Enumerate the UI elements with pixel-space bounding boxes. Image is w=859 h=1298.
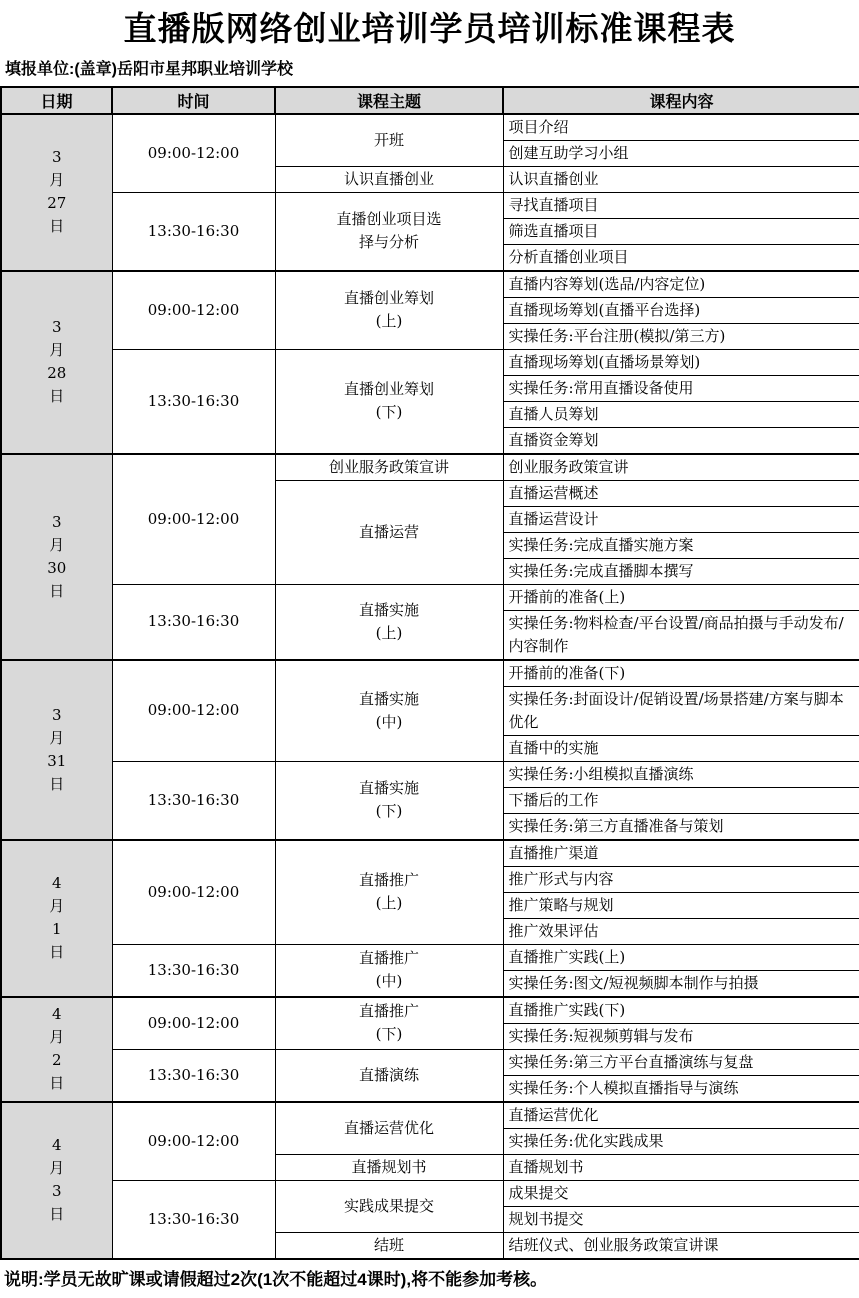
content-cell: 直播现场筹划(直播平台选择) — [503, 297, 859, 323]
topic-cell: 直播推广 (下) — [275, 997, 503, 1050]
header-time: 时间 — [112, 87, 275, 114]
content-cell: 直播人员筹划 — [503, 401, 859, 427]
content-cell: 项目介绍 — [503, 114, 859, 141]
content-cell: 实操任务:小组模拟直播演练 — [503, 761, 859, 787]
content-cell: 寻找直播项目 — [503, 192, 859, 218]
date-cell: 4 月 2 日 — [1, 997, 112, 1102]
table-row: 13:30-16:30直播实施 (下)实操任务:小组模拟直播演练 — [1, 761, 859, 787]
topic-cell: 直播运营优化 — [275, 1102, 503, 1155]
time-cell: 09:00-12:00 — [112, 1102, 275, 1181]
time-cell: 09:00-12:00 — [112, 997, 275, 1050]
table-row: 13:30-16:30实践成果提交成果提交 — [1, 1180, 859, 1206]
content-cell: 实操任务:短视频剪辑与发布 — [503, 1023, 859, 1049]
time-cell: 13:30-16:30 — [112, 944, 275, 997]
content-cell: 实操任务:完成直播实施方案 — [503, 532, 859, 558]
time-cell: 09:00-12:00 — [112, 114, 275, 193]
topic-cell: 直播实施 (上) — [275, 584, 503, 660]
content-cell: 实操任务:个人模拟直播指导与演练 — [503, 1075, 859, 1102]
time-cell: 13:30-16:30 — [112, 192, 275, 271]
table-row: 4 月 1 日09:00-12:00直播推广 (上)直播推广渠道 — [1, 840, 859, 867]
date-cell: 3 月 28 日 — [1, 271, 112, 454]
content-cell: 直播现场筹划(直播场景筹划) — [503, 349, 859, 375]
content-cell: 推广策略与规划 — [503, 892, 859, 918]
time-cell: 09:00-12:00 — [112, 271, 275, 350]
content-cell: 认识直播创业 — [503, 166, 859, 192]
date-cell: 3 月 31 日 — [1, 660, 112, 840]
content-cell: 开播前的准备(上) — [503, 584, 859, 610]
schedule-body: 3 月 27 日09:00-12:00开班项目介绍创建互助学习小组认识直播创业认… — [1, 114, 859, 1259]
content-cell: 实操任务:物料检查/平台设置/商品拍摄与手动发布/内容制作 — [503, 610, 859, 660]
topic-cell: 直播创业筹划 (下) — [275, 349, 503, 454]
table-row: 4 月 2 日09:00-12:00直播推广 (下)直播推广实践(下) — [1, 997, 859, 1024]
header-content: 课程内容 — [503, 87, 859, 114]
schedule-table: 日期 时间 课程主题 课程内容 3 月 27 日09:00-12:00开班项目介… — [0, 86, 859, 1260]
filing-unit-line: 填报单位:(盖章)岳阳市星邦职业培训学校 — [0, 54, 859, 86]
content-cell: 直播推广渠道 — [503, 840, 859, 867]
content-cell: 直播推广实践(上) — [503, 944, 859, 970]
topic-cell: 直播推广 (上) — [275, 840, 503, 945]
content-cell: 直播运营概述 — [503, 480, 859, 506]
header-date: 日期 — [1, 87, 112, 114]
topic-cell: 开班 — [275, 114, 503, 167]
content-cell: 直播规划书 — [503, 1154, 859, 1180]
header-topic: 课程主题 — [275, 87, 503, 114]
time-cell: 13:30-16:30 — [112, 1180, 275, 1259]
date-cell: 4 月 1 日 — [1, 840, 112, 997]
content-cell: 直播中的实施 — [503, 735, 859, 761]
topic-cell: 直播规划书 — [275, 1154, 503, 1180]
content-cell: 成果提交 — [503, 1180, 859, 1206]
content-cell: 下播后的工作 — [503, 787, 859, 813]
table-row: 13:30-16:30直播推广 (中)直播推广实践(上) — [1, 944, 859, 970]
table-row: 4 月 3 日09:00-12:00直播运营优化直播运营优化 — [1, 1102, 859, 1129]
table-row: 13:30-16:30直播创业项目选 择与分析寻找直播项目 — [1, 192, 859, 218]
content-cell: 实操任务:常用直播设备使用 — [503, 375, 859, 401]
table-row: 3 月 30 日09:00-12:00创业服务政策宣讲创业服务政策宣讲 — [1, 454, 859, 481]
topic-cell: 结班 — [275, 1232, 503, 1259]
content-cell: 直播运营设计 — [503, 506, 859, 532]
topic-cell: 直播创业项目选 择与分析 — [275, 192, 503, 271]
content-cell: 实操任务:封面设计/促销设置/场景搭建/方案与脚本优化 — [503, 686, 859, 735]
topic-cell: 认识直播创业 — [275, 166, 503, 192]
content-cell: 开播前的准备(下) — [503, 660, 859, 687]
footer-note: 说明:学员无故旷课或请假超过2次(1次不能超过4课时),将不能参加考核。 — [0, 1260, 859, 1298]
content-cell: 实操任务:第三方平台直播演练与复盘 — [503, 1049, 859, 1075]
time-cell: 13:30-16:30 — [112, 584, 275, 660]
table-row: 13:30-16:30直播实施 (上)开播前的准备(上) — [1, 584, 859, 610]
topic-cell: 直播运营 — [275, 480, 503, 584]
content-cell: 直播内容筹划(选品/内容定位) — [503, 271, 859, 298]
content-cell: 推广效果评估 — [503, 918, 859, 944]
content-cell: 实操任务:完成直播脚本撰写 — [503, 558, 859, 584]
page-title: 直播版网络创业培训学员培训标准课程表 — [0, 0, 859, 54]
content-cell: 结班仪式、创业服务政策宣讲课 — [503, 1232, 859, 1259]
content-cell: 分析直播创业项目 — [503, 244, 859, 271]
topic-cell: 创业服务政策宣讲 — [275, 454, 503, 481]
topic-cell: 直播实施 (中) — [275, 660, 503, 762]
table-row: 13:30-16:30直播创业筹划 (下)直播现场筹划(直播场景筹划) — [1, 349, 859, 375]
topic-cell: 直播创业筹划 (上) — [275, 271, 503, 350]
time-cell: 13:30-16:30 — [112, 349, 275, 454]
table-row: 3 月 31 日09:00-12:00直播实施 (中)开播前的准备(下) — [1, 660, 859, 687]
date-cell: 3 月 27 日 — [1, 114, 112, 271]
date-cell: 3 月 30 日 — [1, 454, 112, 660]
table-row: 3 月 28 日09:00-12:00直播创业筹划 (上)直播内容筹划(选品/内… — [1, 271, 859, 298]
topic-cell: 直播推广 (中) — [275, 944, 503, 997]
content-cell: 创建互助学习小组 — [503, 140, 859, 166]
header-row: 日期 时间 课程主题 课程内容 — [1, 87, 859, 114]
content-cell: 规划书提交 — [503, 1206, 859, 1232]
content-cell: 直播运营优化 — [503, 1102, 859, 1129]
content-cell: 直播推广实践(下) — [503, 997, 859, 1024]
topic-cell: 直播演练 — [275, 1049, 503, 1102]
time-cell: 13:30-16:30 — [112, 1049, 275, 1102]
content-cell: 直播资金筹划 — [503, 427, 859, 454]
time-cell: 13:30-16:30 — [112, 761, 275, 840]
schedule-document: 直播版网络创业培训学员培训标准课程表 填报单位:(盖章)岳阳市星邦职业培训学校 … — [0, 0, 859, 1298]
time-cell: 09:00-12:00 — [112, 840, 275, 945]
topic-cell: 实践成果提交 — [275, 1180, 503, 1232]
table-row: 13:30-16:30直播演练实操任务:第三方平台直播演练与复盘 — [1, 1049, 859, 1075]
content-cell: 实操任务:第三方直播准备与策划 — [503, 813, 859, 840]
time-cell: 09:00-12:00 — [112, 454, 275, 585]
table-row: 3 月 27 日09:00-12:00开班项目介绍 — [1, 114, 859, 141]
content-cell: 创业服务政策宣讲 — [503, 454, 859, 481]
date-cell: 4 月 3 日 — [1, 1102, 112, 1259]
content-cell: 推广形式与内容 — [503, 866, 859, 892]
content-cell: 筛选直播项目 — [503, 218, 859, 244]
content-cell: 实操任务:图文/短视频脚本制作与拍摄 — [503, 970, 859, 997]
content-cell: 实操任务:优化实践成果 — [503, 1128, 859, 1154]
content-cell: 实操任务:平台注册(模拟/第三方) — [503, 323, 859, 349]
time-cell: 09:00-12:00 — [112, 660, 275, 762]
topic-cell: 直播实施 (下) — [275, 761, 503, 840]
